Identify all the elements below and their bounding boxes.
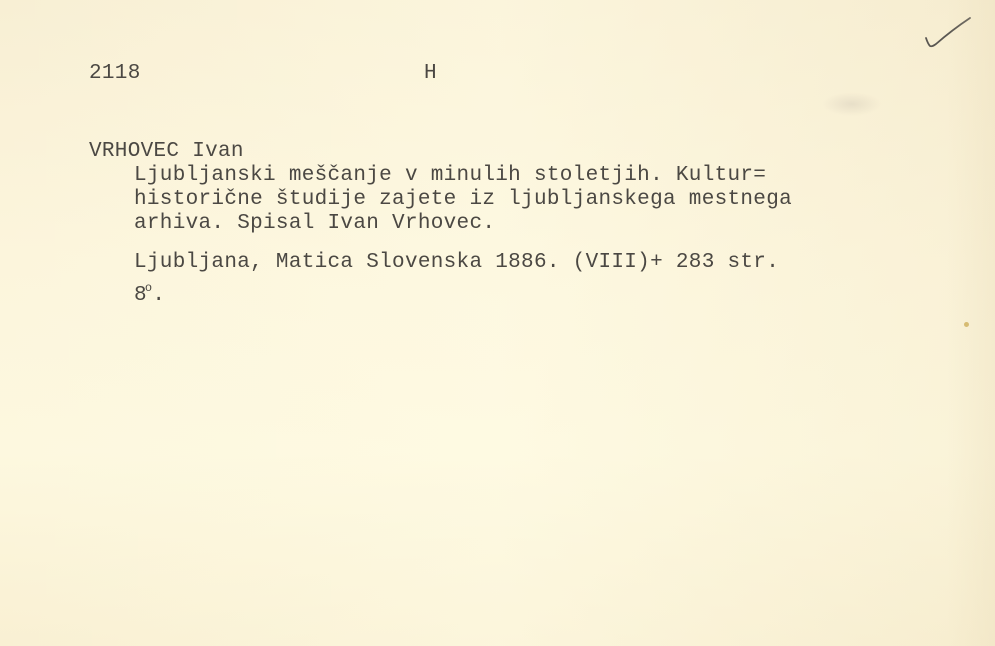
- imprint-line: Ljubljana, Matica Slovenska 1886. (VIII)…: [134, 251, 779, 275]
- call-number: 2118: [89, 62, 141, 86]
- paper-smudge: [822, 92, 882, 116]
- title-line: arhiva. Spisal Ivan Vrhovec.: [134, 212, 495, 236]
- paper-spot: [964, 322, 969, 327]
- checkmark-icon: [920, 14, 976, 54]
- class-mark: H: [424, 62, 437, 86]
- format-line: 8o.: [134, 276, 165, 308]
- title-line: historične študije zajete iz ljubljanske…: [134, 188, 792, 212]
- catalog-card: 2118 H VRHOVEC Ivan Ljubljanski meščanje…: [0, 0, 995, 646]
- format-suffix: .: [152, 284, 165, 307]
- title-line: Ljubljanski meščanje v minulih stoletjih…: [134, 164, 766, 188]
- author-heading: VRHOVEC Ivan: [89, 140, 244, 164]
